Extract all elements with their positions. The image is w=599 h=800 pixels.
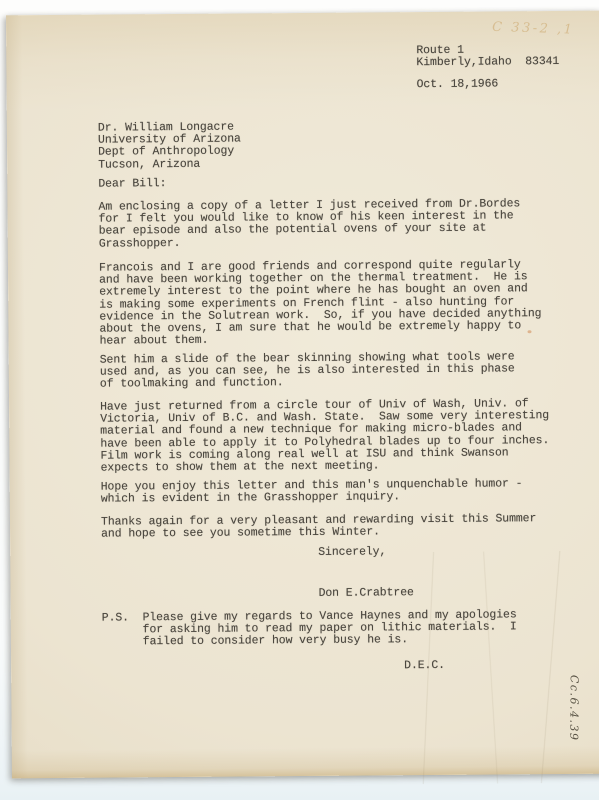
letter-paragraph-6: Thanks again for a very pleasant and rew… [101,513,536,541]
letter-paragraph-1: Am enclosing a copy of a letter I just r… [98,198,520,250]
pencil-annotation: C 33-2 ,1 [492,20,575,38]
letter-date: Oct. 18,1966 [417,78,499,91]
letter-paragraph-2: Francois and I are good friends and corr… [99,259,542,348]
signature-initials: D.E.C. [404,660,445,673]
recipient-address: Dr. William Longacre University of Arizo… [98,122,241,172]
letter-scan-paper: C 33-2 ,1 Route 1 Kimberly,Idaho 83341 O… [6,11,599,779]
letter-paragraph-5: Hope you enjoy this letter and this man'… [101,478,523,506]
signature-name: Don E.Crabtree [319,587,414,600]
letter-paragraph-4: Have just returned from a circle tour of… [100,398,549,475]
closing-line: Sincerely, [318,546,386,559]
letter-paragraph-3: Sent him a slide of the bear skinning sh… [100,351,515,391]
paper-stain [528,330,532,333]
postscript: P.S. Please give my regards to Vance Hay… [102,609,517,649]
sender-address: Route 1 Kimberly,Idaho 83341 [416,44,559,70]
catalog-number-annotation: Cc.6.4.39 [567,675,581,742]
salutation: Dear Bill: [98,178,166,191]
